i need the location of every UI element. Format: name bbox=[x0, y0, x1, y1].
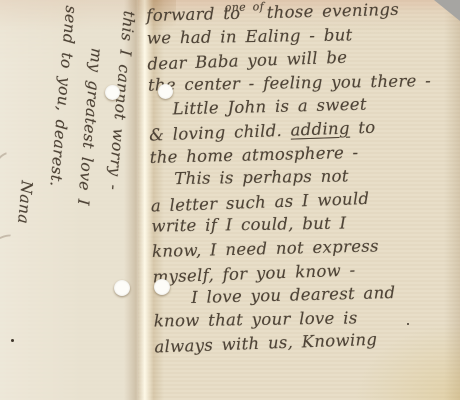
line-text: know that your love is bbox=[154, 308, 358, 330]
line-text: & loving child. bbox=[149, 121, 291, 145]
ink-speck bbox=[11, 339, 14, 342]
letter-paper: this I cannot worry - my greatest love I… bbox=[0, 0, 460, 400]
line-text: those evenings bbox=[258, 0, 399, 22]
letter-line: the center - feeling you there - bbox=[148, 69, 458, 97]
line-text: This is perhaps not bbox=[174, 167, 349, 189]
punch-hole bbox=[114, 280, 130, 296]
line-text: Little John is a sweet bbox=[172, 95, 367, 119]
line-text: know, I need not express bbox=[152, 236, 379, 261]
punch-hole bbox=[105, 85, 120, 100]
line-text: the center - feeling you there - bbox=[148, 71, 431, 94]
line-text: always with us, Knowing bbox=[154, 330, 378, 357]
line-text: myself, for you know - bbox=[152, 260, 355, 286]
line-text: we had in Ealing - but bbox=[147, 25, 353, 47]
ink-speck bbox=[407, 323, 409, 325]
line-text: dear Baba you will be bbox=[147, 48, 347, 74]
punch-hole bbox=[158, 84, 173, 99]
underlined-word: adding bbox=[290, 119, 350, 140]
letter-body: forward to one of those evenings we had … bbox=[146, 0, 460, 358]
punch-hole bbox=[154, 279, 170, 295]
signature-text: Nana bbox=[14, 180, 36, 225]
line-text: to bbox=[349, 118, 375, 138]
line-text: write if I could, but I bbox=[151, 214, 346, 236]
inserted-word: one of bbox=[225, 2, 264, 13]
